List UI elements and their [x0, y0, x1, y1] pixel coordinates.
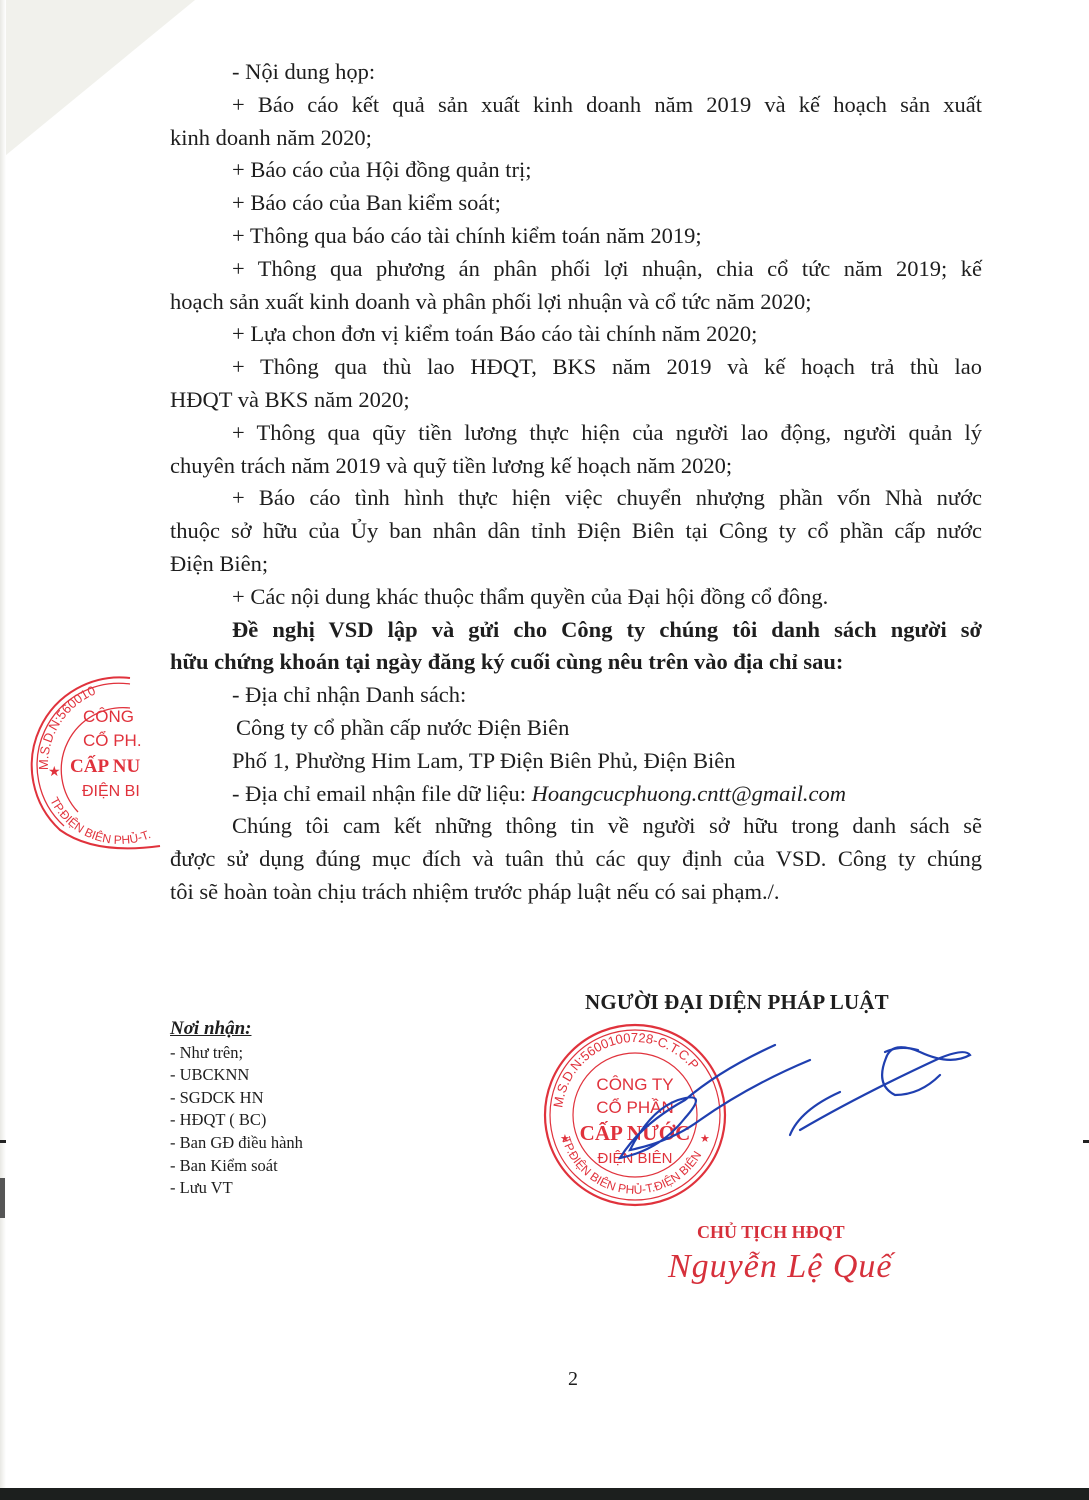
svg-text:ĐIỆN BI: ĐIỆN BI [82, 781, 140, 800]
svg-text:CỔ PH.: CỔ PH. [83, 731, 142, 750]
agenda-item: + Thông qua thù lao HĐQT, BKS năm 2019 v… [170, 351, 982, 417]
email-label: - Địa chỉ email nhận file dữ liệu: [232, 781, 532, 806]
scan-edge-mark [0, 1178, 5, 1218]
agenda-item: + Báo cáo của Ban kiểm soát; [170, 187, 982, 220]
agenda-item: + Lựa chon đơn vị kiểm toán Báo cáo tài … [170, 318, 982, 351]
recipient-item: - SGDCK HN [170, 1087, 303, 1110]
recipient-item: - Như trên; [170, 1042, 303, 1065]
svg-text:CÔNG: CÔNG [83, 707, 134, 726]
scan-corner-shadow [0, 0, 195, 160]
recipient-item: - Ban GĐ điều hành [170, 1132, 303, 1155]
commitment-paragraph: Chúng tôi cam kết những thông tin về ngư… [170, 810, 982, 908]
star-icon: ★ [560, 1133, 570, 1145]
handwritten-signature [600, 1030, 980, 1170]
recipient-item: - UBCKNN [170, 1064, 303, 1087]
scan-edge-mark [1083, 1140, 1089, 1143]
signer-name: Nguyễn Lệ Quế [668, 1248, 893, 1286]
recipients-block: Nơi nhận: - Như trên; - UBCKNN - SGDCK H… [170, 1018, 303, 1200]
email-address[interactable]: Hoangcucphuong.cntt@gmail.com [532, 781, 846, 806]
agenda-item: + Thông qua qũy tiền lương thực hiện của… [170, 417, 982, 483]
address-company: Công ty cổ phần cấp nước Điện Biên [170, 712, 982, 745]
email-line: - Địa chỉ email nhận file dữ liệu: Hoang… [170, 778, 982, 811]
svg-text:TP.ĐIỆN BIÊN PHỦ-T.: TP.ĐIỆN BIÊN PHỦ-T. [47, 795, 152, 847]
meeting-content-heading: - Nội dung họp: [170, 56, 982, 89]
signature-title: NGƯỜI ĐẠI DIỆN PHÁP LUẬT [585, 990, 889, 1015]
request-paragraph: Đề nghị VSD lập và gửi cho Công ty chúng… [170, 614, 982, 680]
agenda-item: + Báo cáo của Hội đồng quản trị; [170, 154, 982, 187]
recipient-item: - Ban Kiểm soát [170, 1155, 303, 1178]
agenda-item: + Thông qua phương án phân phối lợi nhuậ… [170, 253, 982, 319]
svg-text:CẤP NU: CẤP NU [70, 755, 140, 777]
document-body: - Nội dung họp: + Báo cáo kết quả sản xu… [170, 56, 982, 909]
star-icon: ★ [48, 765, 61, 780]
recipient-item: - Lưu VT [170, 1177, 303, 1200]
agenda-item: + Báo cáo kết quả sản xuất kinh doanh nă… [170, 89, 982, 155]
recipient-item: - HĐQT ( BC) [170, 1109, 303, 1132]
scan-edge-mark [0, 1140, 6, 1143]
chairman-title: CHỦ TỊCH HĐQT [697, 1222, 845, 1243]
partial-company-stamp: M.S.D.N:560010 TP.ĐIỆN BIÊN PHỦ-T. ★ CÔN… [0, 650, 170, 850]
agenda-item: + Thông qua báo cáo tài chính kiểm toán … [170, 220, 982, 253]
page-number: 2 [568, 1368, 578, 1391]
address-label: - Địa chỉ nhận Danh sách: [170, 679, 982, 712]
agenda-item: + Báo cáo tình hình thực hiện việc chuyể… [170, 482, 982, 580]
scan-bottom-band [0, 1488, 1089, 1500]
address-street: Phố 1, Phường Him Lam, TP Điện Biên Phủ,… [170, 745, 982, 778]
agenda-item: + Các nội dung khác thuộc thẩm quyền của… [170, 581, 982, 614]
recipients-title: Nơi nhận: [170, 1018, 303, 1041]
